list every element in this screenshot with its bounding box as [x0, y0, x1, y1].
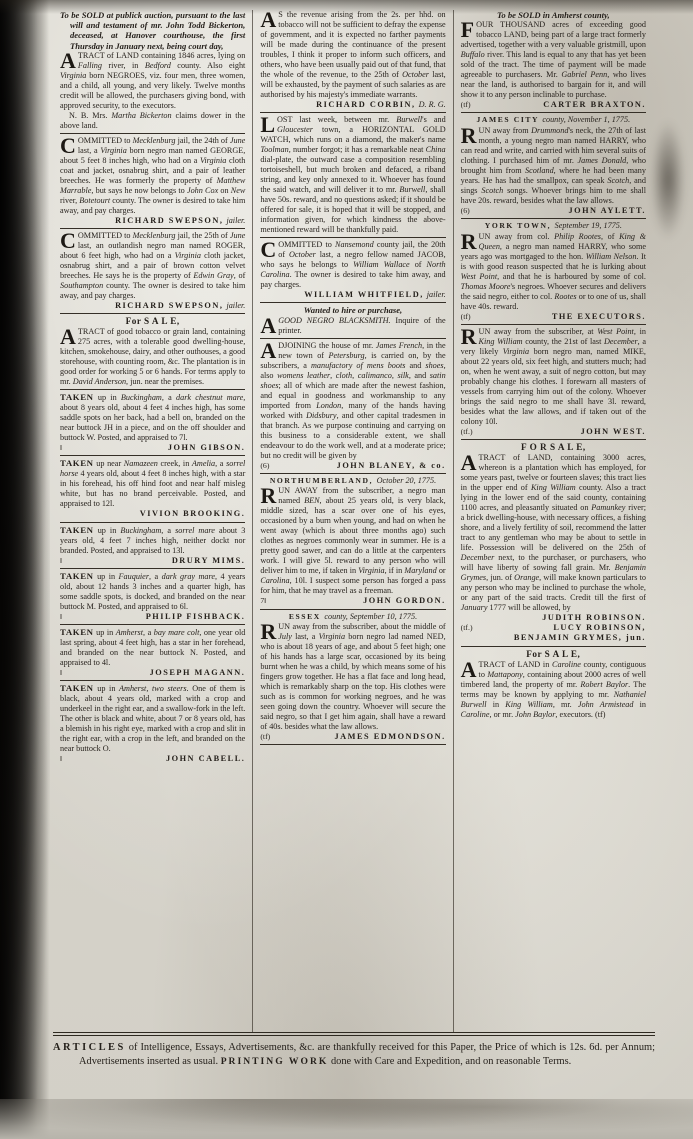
drop-cap: R	[461, 126, 479, 144]
dateline-place: YORK TOWN,	[485, 221, 555, 230]
separator-rule	[60, 455, 245, 456]
signature-name: JAMES EDMONDSON.	[335, 732, 446, 742]
ad-body: ADJOINING the house of mr. James French,…	[260, 341, 445, 461]
signature-line: BENJAMIN GRYMES, jun.	[461, 633, 646, 643]
ad-body: TAKEN up in Amherst, a bay mare colt, on…	[60, 627, 245, 668]
separator-rule	[60, 389, 245, 390]
signature-name: JUDITH ROBINSON.	[542, 613, 646, 623]
signature-mark: ‖	[60, 443, 62, 453]
ad-body: ATRACT of good tobacco or grain land, co…	[60, 327, 245, 387]
column-3: To be SOLD in Amherst county,FOUR THOUSA…	[453, 10, 653, 1032]
separator-rule	[60, 522, 245, 523]
ad-block: NORTHUMBERLAND, October 20, 1775.RUN AWA…	[260, 476, 445, 607]
signature-line: (tf)THE EXECUTORS.	[461, 312, 646, 322]
signature-mark: (6)	[260, 461, 269, 471]
newspaper-page: To be SOLD at publick auction, pursuant …	[0, 0, 693, 1139]
ad-body: ATRACT of LAND, containing 3000 acres, w…	[461, 453, 646, 613]
signature-name: JOHN GIBSON.	[168, 443, 245, 453]
dateline-place: ESSEX	[289, 612, 325, 621]
signature-name: JOHN CABELL.	[166, 754, 245, 764]
ad-block: JAMES CITY county, November 1, 1775.RUN …	[461, 115, 646, 216]
ad-block: RUN away from the subscriber, at West Po…	[461, 327, 646, 437]
dateline-place: JAMES CITY	[477, 115, 543, 124]
drop-cap: R	[260, 486, 278, 504]
signature-line: 7‖JOHN GORDON.	[260, 596, 445, 606]
ad-block: AS the revenue arising from the 2s. per …	[260, 10, 445, 110]
signature-mark: (tf)	[461, 100, 471, 110]
signature-mark: 7‖	[260, 596, 266, 606]
signature-name: PHILIP FISHBACK.	[146, 612, 246, 622]
separator-rule	[461, 646, 646, 647]
lead-caps: TAKEN	[60, 458, 94, 468]
ad-block: TAKEN up in Amherst, two steers. One of …	[60, 683, 245, 764]
imprint-body-2: done with Care and Expedition, and on re…	[328, 1056, 571, 1067]
ad-block: COMMITTED to Mecklenburg jail, the 25th …	[60, 231, 245, 311]
drop-cap: R	[461, 232, 479, 250]
signature-line: (6)JOHN BLANEY, & co.	[260, 461, 445, 471]
ad-block: To be SOLD at publick auction, pursuant …	[60, 10, 245, 131]
signature-mark: (tf)	[260, 732, 270, 742]
separator-rule	[60, 568, 245, 569]
signature-line: ‖PHILIP FISHBACK.	[60, 612, 245, 622]
ad-body: TAKEN up in Buckingham, a dark chestnut …	[60, 392, 245, 443]
drop-cap: A	[60, 327, 78, 345]
drop-cap: F	[461, 20, 476, 38]
signature-title: jailer.	[226, 216, 245, 226]
ad-block: COMMITTED to Nansemond county jail, the …	[260, 240, 445, 300]
separator-rule	[260, 112, 445, 113]
ad-body: TAKEN up near Namazeen creek, in Amelia,…	[60, 458, 245, 509]
ad-body: RUN away from the subscriber, at West Po…	[461, 327, 646, 427]
dateline: JAMES CITY county, November 1, 1775.	[461, 115, 646, 126]
signature-line: RICHARD SWEPSON,jailer.	[60, 216, 245, 226]
columns-area: To be SOLD at publick auction, pursuant …	[53, 10, 653, 1032]
separator-rule	[60, 624, 245, 625]
signature-mark: (tf)	[461, 312, 471, 322]
signature-line: (tf)JAMES EDMONDSON.	[260, 732, 445, 742]
signature-name: BENJAMIN GRYMES, jun.	[514, 633, 646, 643]
separator-rule	[260, 609, 445, 610]
ad-block: Wanted to hire or purchase,AGOOD NEGRO B…	[260, 305, 445, 335]
column-1: To be SOLD at publick auction, pursuant …	[53, 10, 252, 1032]
ad-body: TAKEN up in Buckingham, a sorrel mare ab…	[60, 525, 245, 556]
drop-cap: R	[461, 327, 479, 345]
ad-block: LOST last week, between mr. Burwell's an…	[260, 115, 445, 235]
drop-cap: A	[60, 51, 78, 69]
dateline-date: county, November 1, 1775.	[542, 115, 630, 124]
ad-header: F O R S A L E,	[461, 442, 646, 453]
drop-cap: A	[260, 316, 278, 334]
signature-name: DRURY MIMS.	[172, 556, 246, 566]
dateline: NORTHUMBERLAND, October 20, 1775.	[260, 476, 445, 487]
ad-body: AS the revenue arising from the 2s. per …	[260, 10, 445, 100]
ad-body: AGOOD NEGRO BLACKSMITH. Inquire of the p…	[260, 316, 445, 336]
separator-rule	[60, 313, 245, 314]
signature-name: JOHN GORDON.	[363, 596, 446, 606]
ad-block: For S A L E,ATRACT of good tobacco or gr…	[60, 316, 245, 387]
lead-caps: TAKEN	[60, 683, 94, 693]
signature-line: (6)JOHN AYLETT.	[461, 206, 646, 216]
ad-block: For S A L E,ATRACT of LAND in Caroline c…	[461, 649, 646, 720]
signature-title: jailer.	[427, 290, 446, 300]
signature-line: RICHARD SWEPSON,jailer.	[60, 301, 245, 311]
ad-block: TAKEN up in Amherst, a bay mare colt, on…	[60, 627, 245, 678]
signature-mark: (tf.)	[461, 427, 473, 437]
separator-rule	[60, 680, 245, 681]
imprint-lead: ARTICLES	[53, 1042, 126, 1053]
separator-rule	[461, 439, 646, 440]
lead-caps: TAKEN	[60, 571, 94, 581]
ad-block: YORK TOWN, September 19, 1775.RUN away f…	[461, 221, 646, 322]
separator-rule	[461, 218, 646, 219]
signature-name: RICHARD SWEPSON,	[115, 216, 223, 226]
separator-rule	[260, 338, 445, 339]
ad-body: RUN away from col. Philip Rootes, of Kin…	[461, 232, 646, 312]
imprint-text: ARTICLES of Intelligence, Essays, Advert…	[53, 1041, 655, 1068]
separator-rule	[260, 744, 445, 745]
signature-name: JOHN WEST.	[581, 427, 646, 437]
signature-name: RICHARD SWEPSON,	[115, 301, 223, 311]
dateline: YORK TOWN, September 19, 1775.	[461, 221, 646, 232]
column-2: AS the revenue arising from the 2s. per …	[252, 10, 452, 1032]
ad-header: Wanted to hire or purchase,	[260, 305, 445, 315]
separator-rule	[461, 112, 646, 113]
signature-name: CARTER BRAXTON.	[543, 100, 646, 110]
ad-body: COMMITTED to Mecklenburg jail, the 24th …	[60, 136, 245, 216]
dateline-date: September 19, 1775.	[555, 221, 622, 230]
ad-block: TAKEN up in Buckingham, a dark chestnut …	[60, 392, 245, 453]
ad-body: RUN AWAY from the subscriber, a negro ma…	[260, 486, 445, 596]
signature-name: JOHN AYLETT.	[569, 206, 646, 216]
ad-body: RUN away from the subscriber, about the …	[260, 622, 445, 732]
ad-block: TAKEN up in Buckingham, a sorrel mare ab…	[60, 525, 245, 566]
ad-block: ADJOINING the house of mr. James French,…	[260, 341, 445, 471]
separator-rule	[60, 133, 245, 134]
separator-rule	[260, 473, 445, 474]
signature-name: JOHN BLANEY, & co.	[337, 461, 446, 471]
signature-line: (tf.)LUCY ROBINSON,	[461, 623, 646, 633]
lead-caps: TAKEN	[60, 627, 94, 637]
signature-name: WILLIAM WHITFIELD,	[304, 290, 424, 300]
imprint-printing-work: PRINTING WORK	[221, 1056, 329, 1067]
drop-cap: A	[461, 660, 479, 678]
drop-cap: C	[260, 240, 278, 258]
signature-mark: (tf.)	[461, 623, 473, 633]
ad-body: RUN away from Drummond's neck, the 27th …	[461, 126, 646, 206]
signature-mark: ‖	[60, 612, 62, 622]
drop-cap: A	[461, 453, 479, 471]
signature-mark: ‖	[60, 556, 62, 566]
ad-header: For S A L E,	[60, 316, 245, 327]
ad-body: LOST last week, between mr. Burwell's an…	[260, 115, 445, 235]
imprint-footer: ARTICLES of Intelligence, Essays, Advert…	[53, 1032, 655, 1068]
footer-double-rule	[53, 1032, 655, 1036]
signature-name: THE EXECUTORS.	[552, 312, 646, 322]
drop-cap: R	[260, 622, 278, 640]
signature-line: ‖JOSEPH MAGANN.	[60, 668, 245, 678]
signature-line: ‖JOHN GIBSON.	[60, 443, 245, 453]
ad-body: TAKEN up in Amherst, two steers. One of …	[60, 683, 245, 754]
ad-body: COMMITTED to Mecklenburg jail, the 25th …	[60, 231, 245, 301]
ad-header: To be SOLD at publick auction, pursuant …	[60, 10, 245, 51]
signature-title: jailer.	[226, 301, 245, 311]
ad-block: TAKEN up near Namazeen creek, in Amelia,…	[60, 458, 245, 519]
signature-name: JOSEPH MAGANN.	[150, 668, 246, 678]
signature-name: LUCY ROBINSON,	[553, 623, 646, 633]
signature-line: (tf)CARTER BRAXTON.	[461, 100, 646, 110]
signature-line: JUDITH ROBINSON.	[461, 613, 646, 623]
drop-cap: C	[60, 136, 78, 154]
dateline-date: October 20, 1775.	[377, 476, 437, 485]
top-edge-stain	[0, 0, 693, 14]
separator-rule	[260, 237, 445, 238]
bottom-paper-edge	[0, 1099, 693, 1139]
dateline-place: NORTHUMBERLAND,	[270, 476, 377, 485]
drop-cap: L	[260, 115, 277, 133]
signature-line: VIVION BROOKING.	[60, 509, 245, 519]
ad-body: TAKEN up in Fauquier, a dark gray mare, …	[60, 571, 245, 612]
ad-block: ESSEX county, September 10, 1775.RUN awa…	[260, 612, 445, 743]
separator-rule	[260, 302, 445, 303]
signature-line: RICHARD CORBIN,D. R. G.	[260, 100, 445, 110]
signature-line: ‖DRURY MIMS.	[60, 556, 245, 566]
signature-title: D. R. G.	[419, 100, 446, 110]
lead-caps: TAKEN	[60, 392, 94, 402]
ad-block: F O R S A L E,ATRACT of LAND, containing…	[461, 442, 646, 644]
ad-body: ATRACT of LAND in Caroline county, conti…	[461, 660, 646, 720]
separator-rule	[60, 228, 245, 229]
separator-rule	[461, 324, 646, 325]
lead-caps: TAKEN	[60, 525, 94, 535]
signature-name: RICHARD CORBIN,	[316, 100, 415, 110]
ad-block: To be SOLD in Amherst county,FOUR THOUSA…	[461, 10, 646, 110]
drop-cap: A	[260, 341, 278, 359]
signature-line: (tf.)JOHN WEST.	[461, 427, 646, 437]
signature-name: VIVION BROOKING.	[140, 509, 246, 519]
right-edge-stain	[651, 120, 685, 240]
ad-body: FOUR THOUSAND acres of exceeding good to…	[461, 20, 646, 100]
signature-line: ‖JOHN CABELL.	[60, 754, 245, 764]
ad-block: TAKEN up in Fauquier, a dark gray mare, …	[60, 571, 245, 622]
ad-body: COMMITTED to Nansemond county jail, the …	[260, 240, 445, 290]
signature-mark: ‖	[60, 668, 62, 678]
ad-block: COMMITTED to Mecklenburg jail, the 24th …	[60, 136, 245, 226]
signature-mark: ‖	[60, 754, 62, 764]
dateline-date: county, September 10, 1775.	[324, 612, 417, 621]
signature-line: WILLIAM WHITFIELD,jailer.	[260, 290, 445, 300]
drop-cap: C	[60, 231, 78, 249]
signature-mark: (6)	[461, 206, 470, 216]
binding-shadow	[0, 0, 50, 1139]
ad-note: N. B. Mrs. Martha Bickerton claims dower…	[60, 111, 245, 131]
dateline: ESSEX county, September 10, 1775.	[260, 612, 445, 623]
ad-header: For S A L E,	[461, 649, 646, 660]
ad-body: ATRACT of LAND containing 1846 acres, ly…	[60, 51, 245, 111]
